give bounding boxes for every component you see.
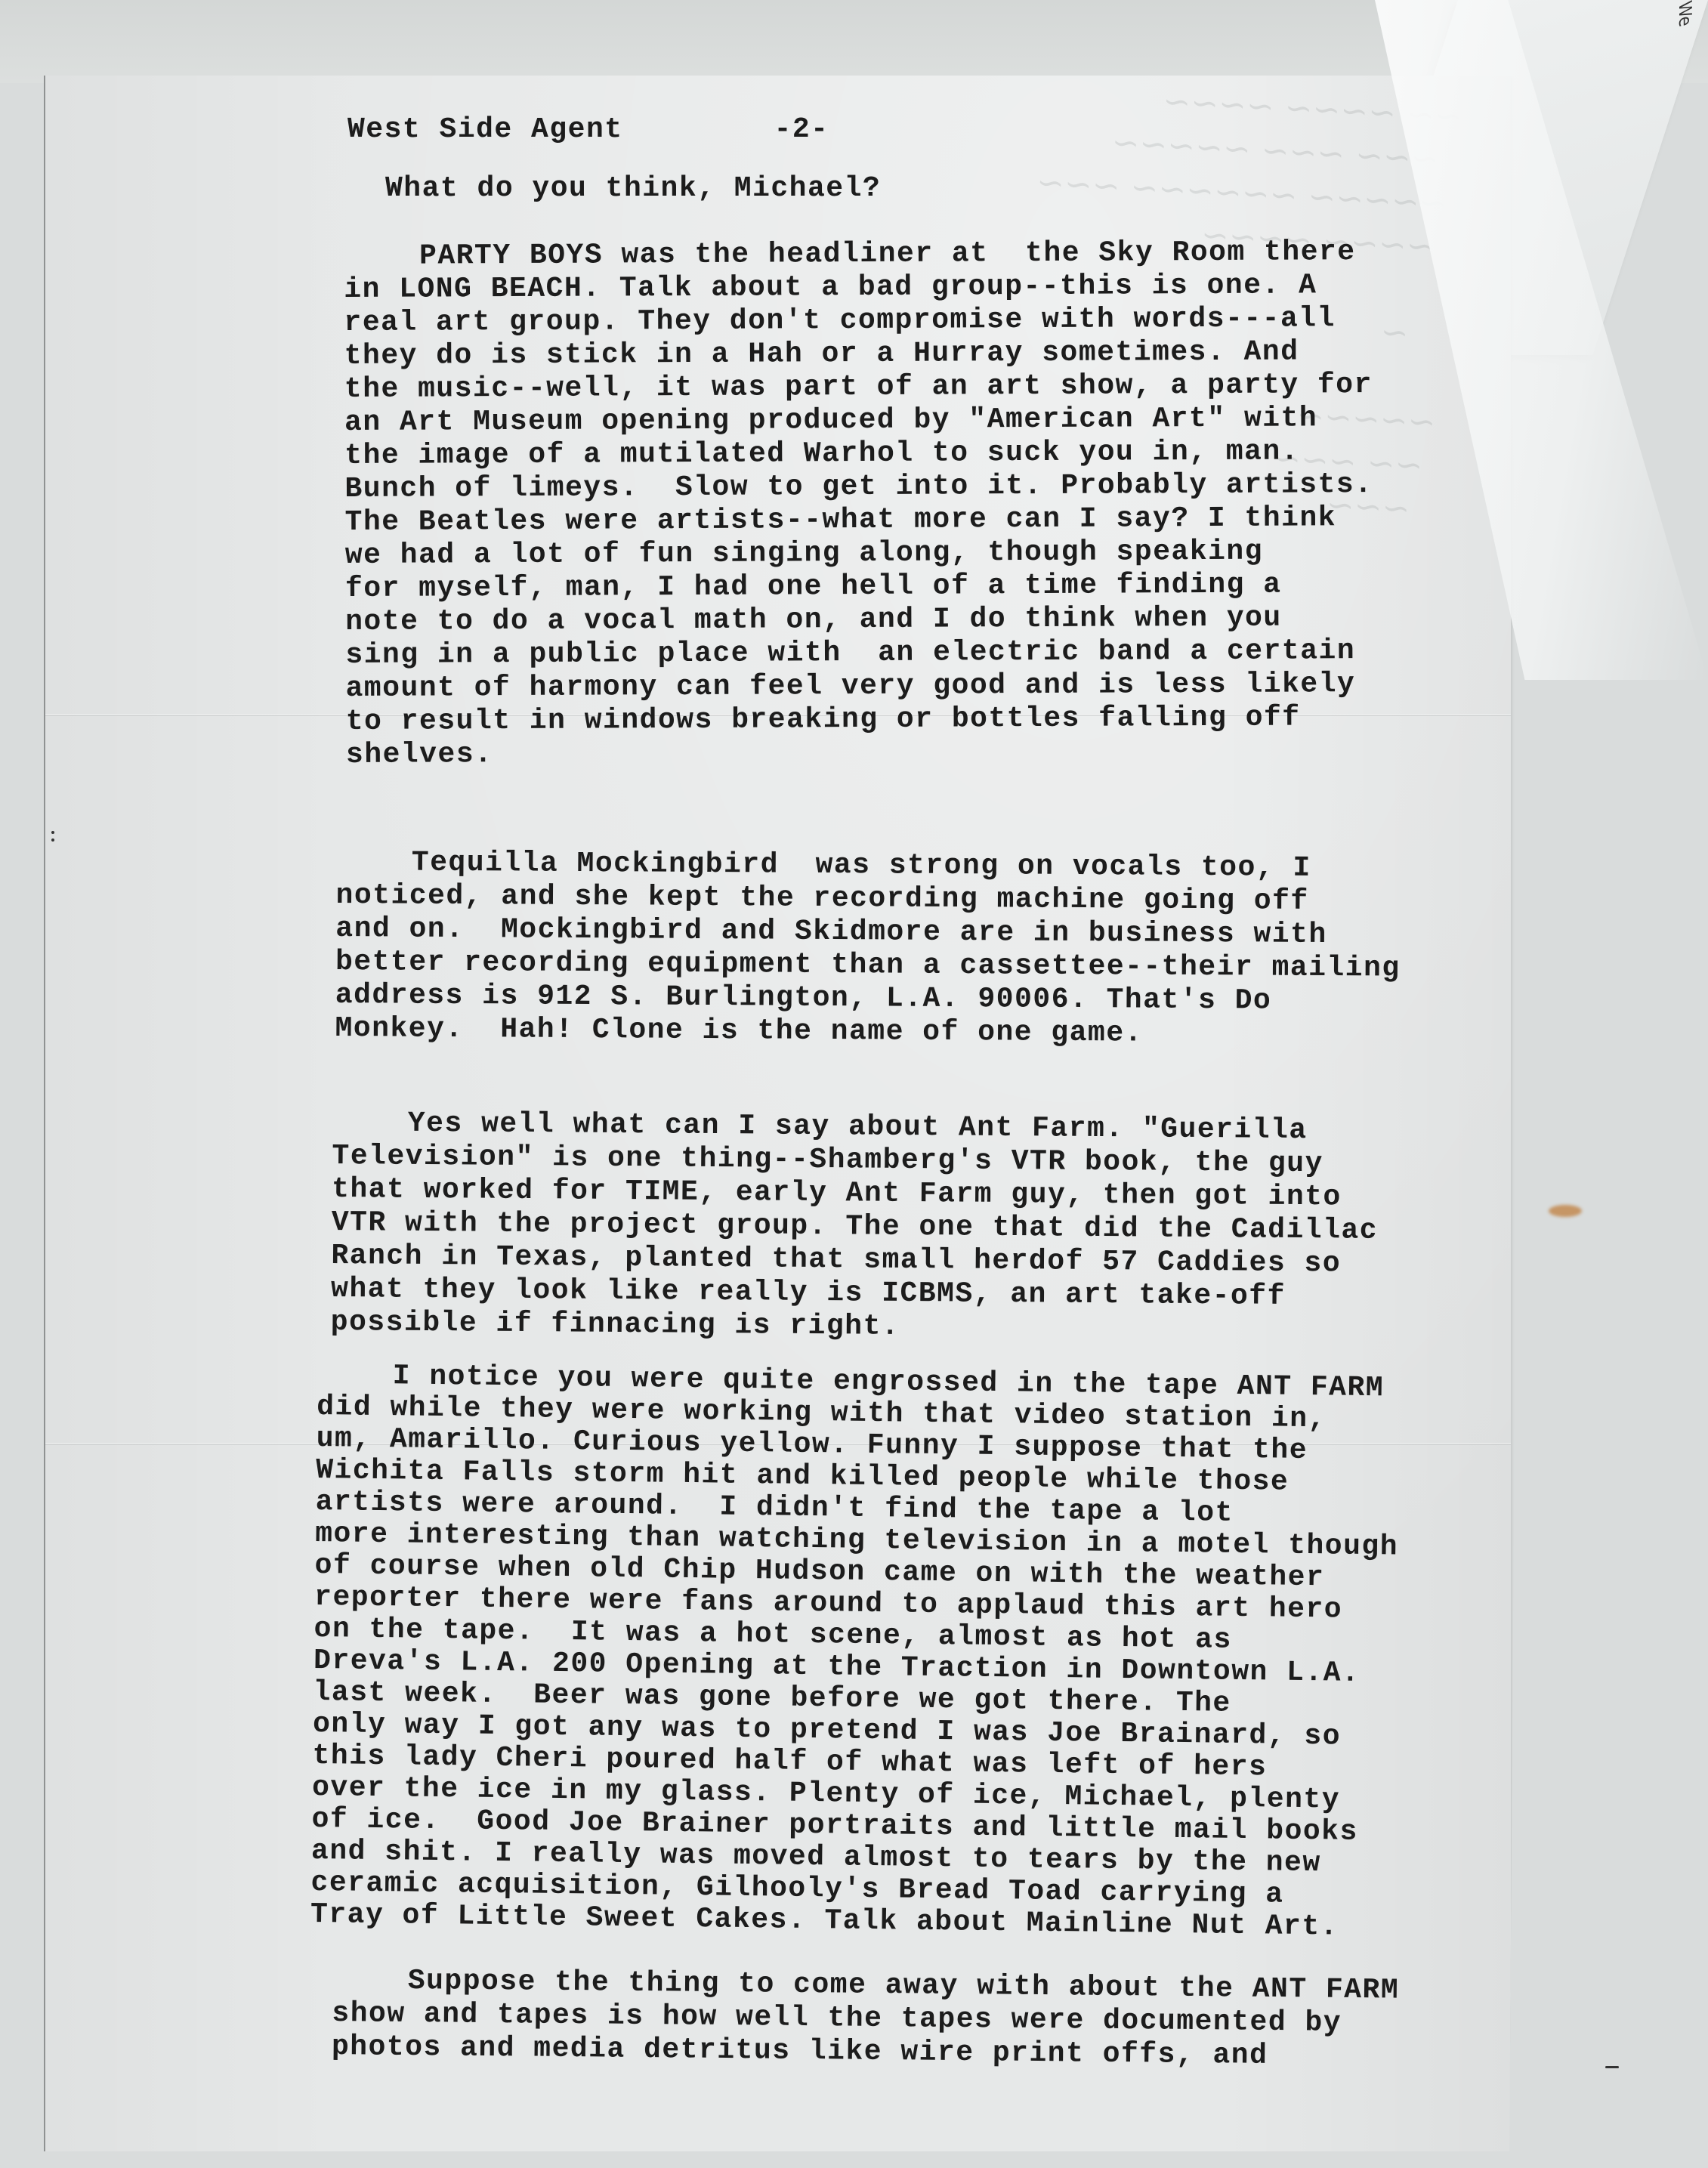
text-line: they do is stick in a Hah or a Hurray so… — [344, 335, 1373, 373]
background-sheet-text: We — [1675, 0, 1694, 29]
paragraph-tequilla-mockingbird: Tequilla Mockingbird was strong on vocal… — [335, 846, 1401, 1052]
stray-ink-dot — [51, 838, 54, 842]
text-line: we had a lot of fun singing along, thoug… — [345, 535, 1373, 573]
text-line: note to do a vocal math on, and I do thi… — [345, 601, 1373, 639]
paragraph-ant-farm: Yes well what can I say about Ant Farm. … — [331, 1107, 1379, 1348]
text-line: in LONG BEACH. Talk about a bad group--t… — [344, 269, 1372, 307]
text-line: shelves. — [346, 734, 1374, 772]
greeting-line: What do you think, Michael? — [385, 172, 881, 205]
text-line: PARTY BOYS was the headliner at the Sky … — [344, 236, 1372, 273]
text-line: amount of harmony can feel very good and… — [345, 668, 1373, 706]
paragraph-conclusion: Suppose the thing to come away with abou… — [332, 1964, 1400, 2074]
rust-stain — [1549, 1205, 1582, 1217]
paragraph-ant-farm-tape: I notice you were quite engrossed in the… — [310, 1360, 1401, 1944]
text-line: for myself, man, I had one hell of a tim… — [345, 568, 1373, 606]
text-line: the music--well, it was part of an art s… — [344, 369, 1373, 406]
text-line: the image of a mutilated Warhol to suck … — [344, 435, 1373, 473]
letter-title: West Side Agent — [347, 113, 623, 146]
stray-ink-mark — [1605, 2066, 1619, 2068]
page-number: -2- — [774, 113, 829, 147]
text-line: Monkey. Hah! Clone is the name of one ga… — [335, 1012, 1400, 1052]
text-line: The Beatles were artists--what more can … — [345, 502, 1373, 539]
letter-header: West Side Agent-2- — [347, 113, 829, 147]
text-line: Bunch of limeys. Slow to get into it. Pr… — [344, 468, 1373, 506]
text-line: to result in windows breaking or bottles… — [346, 701, 1374, 739]
stray-ink-dot — [51, 831, 54, 834]
paragraph-party-boys: PARTY BOYS was the headliner at the Sky … — [344, 236, 1374, 772]
text-line: real art group. They don't compromise wi… — [344, 302, 1372, 340]
text-line: an Art Museum opening produced by "Ameri… — [344, 402, 1373, 440]
text-line: sing in a public place with an electric … — [345, 635, 1373, 672]
